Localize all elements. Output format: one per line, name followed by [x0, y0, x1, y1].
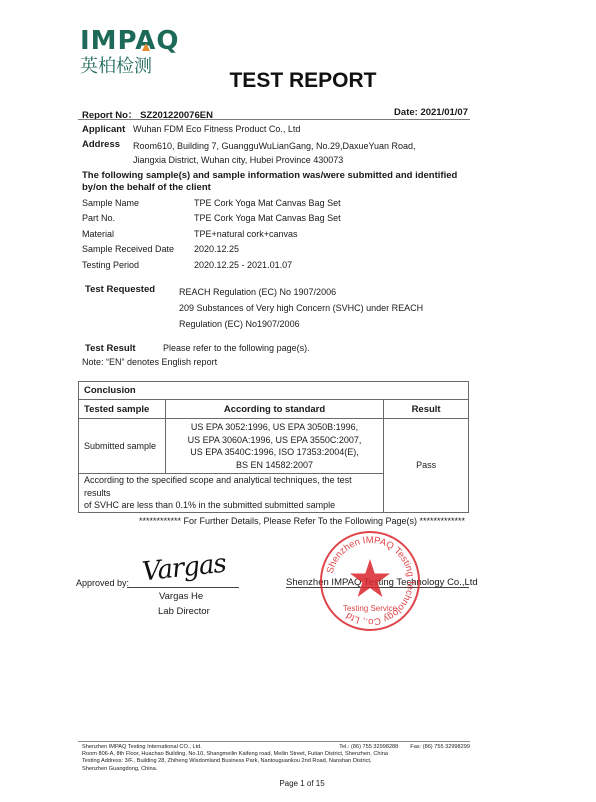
page-footer: Shenzhen IMPAQ Testing International CO.…: [82, 744, 470, 773]
test-requested-value: REACH Regulation (EC) No 1907/2006 209 S…: [179, 284, 423, 332]
conclusion-title: Conclusion: [79, 382, 469, 400]
standard-line: BS EN 14582:2007: [171, 459, 378, 472]
language-note: Note: “EN” denotes English report: [82, 357, 217, 367]
tested-sample-cell: Submitted sample: [79, 419, 166, 474]
page-number: Page 1 of 15: [0, 779, 596, 788]
conclusion-header-row: Tested sample According to standard Resu…: [79, 400, 469, 419]
footer-address: Room 806-A, 8th Floor, Huachao Building,…: [82, 751, 470, 758]
signature: Vargas: [141, 549, 227, 588]
test-requested-line: REACH Regulation (EC) No 1907/2006: [179, 284, 423, 300]
test-result-label: Test Result: [85, 343, 136, 354]
sample-info-value: 2020.12.25 - 2021.01.07: [194, 260, 292, 270]
conclusion-data-row: Submitted sample US EPA 3052:1996, US EP…: [79, 419, 469, 474]
standard-line: US EPA 3540C:1996, ISO 17353:2004(E),: [171, 446, 378, 459]
test-requested-line: Regulation (EC) No1907/2006: [179, 316, 423, 332]
footer-testing-address: Testing Address: 3/F., Building 28, Zhih…: [82, 758, 470, 765]
footer-company: Shenzhen IMPAQ Testing International CO.…: [82, 744, 202, 751]
signer-name: Vargas He: [159, 591, 203, 602]
sample-info-row: Testing Period 2020.12.25 - 2021.01.07: [82, 257, 341, 273]
standard-line: US EPA 3052:1996, US EPA 3050B:1996,: [171, 421, 378, 434]
test-requested-label: Test Requested: [85, 284, 155, 295]
sample-info-value: TPE Cork Yoga Mat Canvas Bag Set: [194, 213, 341, 223]
sample-info-label: Part No.: [82, 213, 194, 223]
conclusion-note: According to the specified scope and ana…: [79, 474, 384, 513]
report-date-label: Date:: [394, 107, 418, 118]
sample-info-value: TPE Cork Yoga Mat Canvas Bag Set: [194, 198, 341, 208]
footer-testing-address-cont: Shenzhen Guangdong, China.: [82, 766, 470, 773]
header-result: Result: [384, 400, 469, 419]
test-result-value: Please refer to the following page(s).: [163, 343, 310, 353]
applicant-label: Applicant: [82, 124, 125, 135]
applicant-value: Wuhan FDM Eco Fitness Product Co., Ltd: [133, 124, 300, 134]
further-details-text: ************ For Further Details, Please…: [0, 516, 596, 526]
sample-info-value: 2020.12.25: [194, 244, 239, 254]
sample-info-label: Sample Received Date: [82, 244, 194, 254]
address-line-1: Room610, Building 7, GuangguWuLianGang, …: [133, 139, 416, 153]
header-tested-sample: Tested sample: [79, 400, 166, 419]
logo-brand-text: IMPAQ: [80, 26, 179, 56]
sample-info-heading: The following sample(s) and sample infor…: [82, 170, 477, 194]
sample-info-value: TPE+natural cork+canvas: [194, 229, 298, 239]
footer-fax: Fax: (86) 755 32998299: [410, 744, 470, 750]
standard-line: US EPA 3060A:1996, US EPA 3550C:2007,: [171, 434, 378, 447]
conclusion-table: Conclusion Tested sample According to st…: [78, 381, 469, 513]
sample-info-label: Material: [82, 229, 194, 239]
conclusion-title-row: Conclusion: [79, 382, 469, 400]
address-value: Room610, Building 7, GuangguWuLianGang, …: [133, 139, 416, 167]
sample-info-row: Sample Name TPE Cork Yoga Mat Canvas Bag…: [82, 195, 341, 211]
logo-triangle-icon: [142, 43, 150, 51]
signer-title: Lab Director: [158, 606, 210, 617]
logo-brand-en: IMPAQ: [80, 28, 179, 54]
footer-contacts: Tel.: (86) 755 32998288Fax: (86) 755 329…: [339, 744, 470, 751]
footer-divider: [78, 741, 470, 742]
conclusion-note-line: According to the specified scope and ana…: [84, 474, 378, 499]
sample-info-row: Material TPE+natural cork+canvas: [82, 226, 341, 242]
document-title: TEST REPORT: [0, 69, 596, 93]
test-requested-line: 209 Substances of Very high Concern (SVH…: [179, 300, 423, 316]
sample-info-label: Sample Name: [82, 198, 194, 208]
company-seal-stamp-icon: Shenzhen IMPAQ Testing Technology Co., L…: [318, 529, 422, 633]
sample-info-table: Sample Name TPE Cork Yoga Mat Canvas Bag…: [82, 195, 341, 273]
conclusion-note-line: of SVHC are less than 0.1% in the submit…: [84, 499, 378, 512]
result-cell: Pass: [384, 419, 469, 513]
approved-by-label: Approved by:: [76, 578, 129, 588]
header-divider: [78, 119, 470, 120]
address-label: Address: [82, 139, 120, 150]
sample-info-row: Sample Received Date 2020.12.25: [82, 242, 341, 258]
footer-tel: Tel.: (86) 755 32998288: [339, 744, 398, 750]
standards-cell: US EPA 3052:1996, US EPA 3050B:1996, US …: [165, 419, 383, 474]
address-line-2: Jiangxia District, Wuhan city, Hubei Pro…: [133, 153, 416, 167]
stamp-center-text: Testing Service: [343, 604, 398, 613]
sample-info-label: Testing Period: [82, 260, 194, 270]
footer-top-row: Shenzhen IMPAQ Testing International CO.…: [82, 744, 470, 751]
sample-info-row: Part No. TPE Cork Yoga Mat Canvas Bag Se…: [82, 211, 341, 227]
header-standard: According to standard: [165, 400, 383, 419]
report-date-value: 2021/01/07: [420, 107, 468, 118]
